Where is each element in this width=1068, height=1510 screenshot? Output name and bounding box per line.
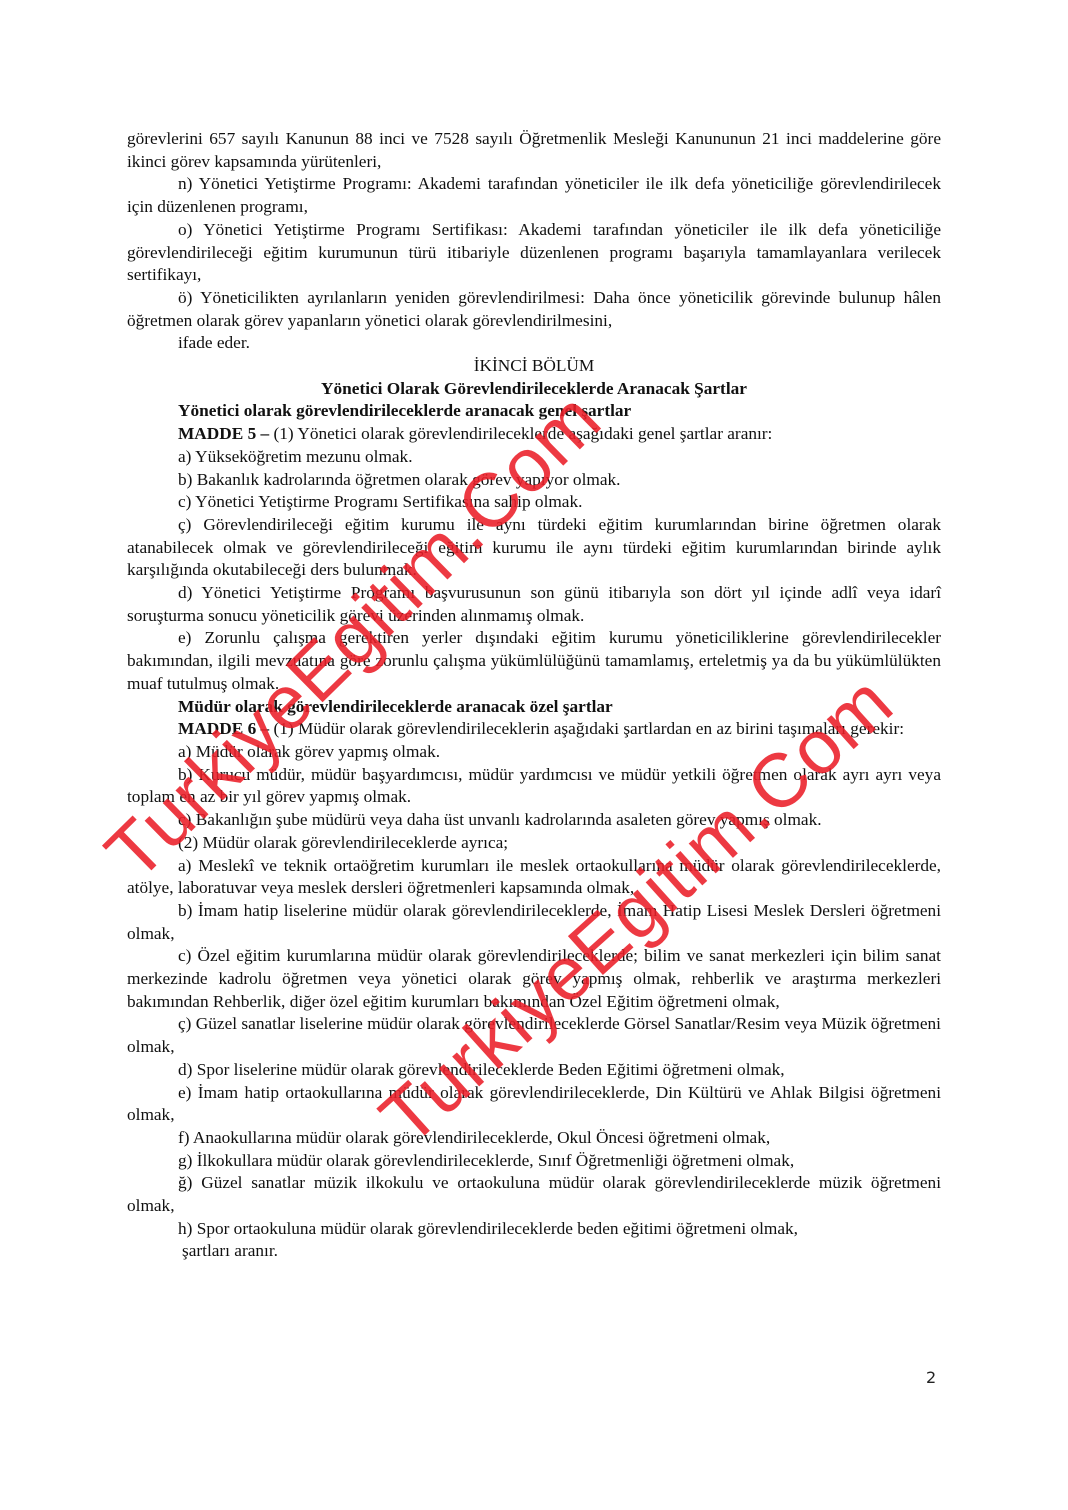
- paragraph-text: görevlerini 657 sayılı Kanunun 88 inci v…: [127, 129, 941, 171]
- paragraph: e) İmam hatip ortaokullarına müdür olara…: [127, 1082, 941, 1127]
- paragraph-text: c) Özel eğitim kurumlarına müdür olarak …: [127, 946, 941, 1010]
- paragraph-text: d) Yönetici Yetiştirme Programı başvurus…: [127, 583, 941, 625]
- paragraph-text: f) Anaokullarına müdür olarak görevlendi…: [178, 1128, 770, 1147]
- paragraph: a) Meslekî ve teknik ortaöğretim kurumla…: [127, 855, 941, 900]
- document-page: görevlerini 657 sayılı Kanunun 88 inci v…: [0, 0, 1068, 1510]
- paragraph: b) Bakanlık kadrolarında öğretmen olarak…: [127, 469, 941, 492]
- document-body: görevlerini 657 sayılı Kanunun 88 inci v…: [127, 128, 941, 1263]
- paragraph-text: (1) Yönetici olarak görevlendirilecekler…: [269, 424, 772, 443]
- paragraph-text: ç) Görevlendirileceği eğitim kurumu ile …: [127, 515, 941, 579]
- page-number: 2: [926, 1368, 936, 1387]
- paragraph-text: (2) Müdür olarak görevlendirileceklerde …: [178, 833, 508, 852]
- article-number: MADDE 5 –: [178, 424, 269, 443]
- paragraph-text: (1) Müdür olarak görevlendirileceklerin …: [269, 719, 904, 738]
- paragraph: b) Kurucu müdür, müdür başyardımcısı, mü…: [127, 764, 941, 809]
- article-number: MADDE 6 –: [178, 719, 269, 738]
- paragraph: f) Anaokullarına müdür olarak görevlendi…: [127, 1127, 941, 1150]
- paragraph-text: şartları aranır.: [182, 1241, 278, 1260]
- paragraph-text: Yönetici Olarak Görevlendirileceklerde A…: [321, 379, 747, 398]
- paragraph: a) Yükseköğretim mezunu olmak.: [127, 446, 941, 469]
- paragraph-text: g) İlkokullara müdür olarak görevlendiri…: [178, 1151, 794, 1170]
- paragraph: c) Yönetici Yetiştirme Programı Sertifik…: [127, 491, 941, 514]
- article-heading: Müdür olarak görevlendirileceklerde aran…: [127, 696, 941, 719]
- paragraph: g) İlkokullara müdür olarak görevlendiri…: [127, 1150, 941, 1173]
- paragraph: b) İmam hatip liselerine müdür olarak gö…: [127, 900, 941, 945]
- paragraph: ç) Güzel sanatlar liselerine müdür olara…: [127, 1013, 941, 1058]
- paragraph: a) Müdür olarak görev yapmış olmak.: [127, 741, 941, 764]
- paragraph-text: d) Spor liselerine müdür olarak görevlen…: [178, 1060, 785, 1079]
- paragraph: ğ) Güzel sanatlar müzik ilkokulu ve orta…: [127, 1172, 941, 1217]
- paragraph-text: e) Zorunlu çalışma gerektiren yerler dış…: [127, 628, 941, 692]
- paragraph-text: b) Kurucu müdür, müdür başyardımcısı, mü…: [127, 765, 941, 807]
- paragraph-text: n) Yönetici Yetiştirme Programı: Akademi…: [127, 174, 941, 216]
- paragraph: o) Yönetici Yetiştirme Programı Sertifik…: [127, 219, 941, 287]
- section-heading: İKİNCİ BÖLÜM: [127, 355, 941, 378]
- paragraph: ö) Yöneticilikten ayrılanların yeniden g…: [127, 287, 941, 332]
- paragraph-text: a) Yükseköğretim mezunu olmak.: [178, 447, 413, 466]
- paragraph: c) Özel eğitim kurumlarına müdür olarak …: [127, 945, 941, 1013]
- paragraph: n) Yönetici Yetiştirme Programı: Akademi…: [127, 173, 941, 218]
- paragraph-text: o) Yönetici Yetiştirme Programı Sertifik…: [127, 220, 941, 284]
- paragraph-text: h) Spor ortaokuluna müdür olarak görevle…: [178, 1219, 798, 1238]
- paragraph: h) Spor ortaokuluna müdür olarak görevle…: [127, 1218, 941, 1241]
- article-paragraph: MADDE 6 – (1) Müdür olarak görevlendiril…: [127, 718, 941, 741]
- paragraph: ifade eder.: [127, 332, 941, 355]
- paragraph-text: ö) Yöneticilikten ayrılanların yeniden g…: [127, 288, 941, 330]
- paragraph: ç) Görevlendirileceği eğitim kurumu ile …: [127, 514, 941, 582]
- paragraph: (2) Müdür olarak görevlendirileceklerde …: [127, 832, 941, 855]
- paragraph-text: ifade eder.: [178, 333, 250, 352]
- paragraph: e) Zorunlu çalışma gerektiren yerler dış…: [127, 627, 941, 695]
- section-heading: Yönetici Olarak Görevlendirileceklerde A…: [127, 378, 941, 401]
- paragraph: d) Yönetici Yetiştirme Programı başvurus…: [127, 582, 941, 627]
- paragraph-text: e) İmam hatip ortaokullarına müdür olara…: [127, 1083, 941, 1125]
- article-heading: Yönetici olarak görevlendirileceklerde a…: [127, 400, 941, 423]
- paragraph-text: b) Bakanlık kadrolarında öğretmen olarak…: [178, 470, 620, 489]
- paragraph-text: Yönetici olarak görevlendirileceklerde a…: [178, 401, 631, 420]
- paragraph-text: b) İmam hatip liselerine müdür olarak gö…: [127, 901, 941, 943]
- paragraph: c) Bakanlığın şube müdürü veya daha üst …: [127, 809, 941, 832]
- article-paragraph: MADDE 5 – (1) Yönetici olarak görevlendi…: [127, 423, 941, 446]
- paragraph-text: İKİNCİ BÖLÜM: [474, 356, 594, 375]
- paragraph-text: ç) Güzel sanatlar liselerine müdür olara…: [127, 1014, 941, 1056]
- paragraph-text: a) Meslekî ve teknik ortaöğretim kurumla…: [127, 856, 941, 898]
- paragraph: görevlerini 657 sayılı Kanunun 88 inci v…: [127, 128, 941, 173]
- paragraph-text: a) Müdür olarak görev yapmış olmak.: [178, 742, 440, 761]
- paragraph-text: ğ) Güzel sanatlar müzik ilkokulu ve orta…: [127, 1173, 941, 1215]
- paragraph-text: Müdür olarak görevlendirileceklerde aran…: [178, 697, 613, 716]
- paragraph-text: c) Yönetici Yetiştirme Programı Sertifik…: [178, 492, 582, 511]
- paragraph: şartları aranır.: [127, 1240, 941, 1263]
- paragraph-text: c) Bakanlığın şube müdürü veya daha üst …: [178, 810, 822, 829]
- paragraph: d) Spor liselerine müdür olarak görevlen…: [127, 1059, 941, 1082]
